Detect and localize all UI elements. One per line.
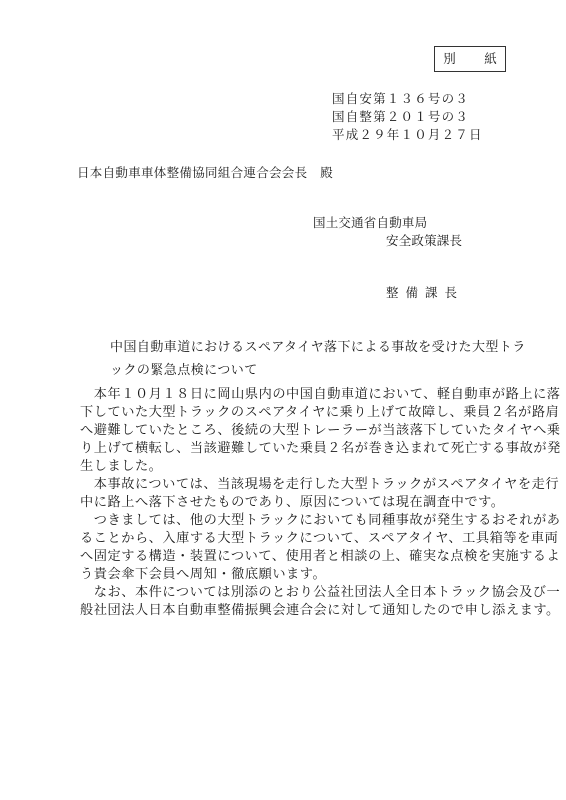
body-line: 般社団法人日本自動車整備振興会連合会に対して通知したので申し添えます。	[80, 602, 560, 619]
body-line: 生しました。	[80, 458, 162, 475]
body-line: へ固定する構造・装置について、使用者と相談の上、確実な点検を実施するよ	[80, 548, 560, 565]
document-page: 別 紙 国自安第１３６号の３ 国自整第２０１号の３ 平成２９年１０月２７日 日本…	[0, 0, 566, 800]
body-line: ることから、入庫する大型トラックについて、スペアタイヤ、工具箱等を車両	[80, 530, 558, 547]
body-line: う貴会傘下会員へ周知・徹底願います。	[80, 566, 326, 583]
subject-line-1: 中国自動車道におけるスペアタイヤ落下による事故を受けた大型トラ	[110, 339, 526, 356]
body-line: つきましては、他の大型トラックにおいても同種事故が発生するおそれがあ	[80, 512, 561, 529]
annex-label-box: 別 紙	[434, 46, 506, 72]
issue-date: 平成２９年１０月２７日	[332, 126, 483, 143]
body-line: なお、本件については別添のとおり公益社団法人全日本トラック協会及び一	[80, 584, 560, 601]
sender-title-maintenance: 整備課長	[386, 284, 464, 301]
addressee: 日本自動車車体整備協同組合連合会会長 殿	[77, 164, 333, 181]
sender-organization: 国土交通省自動車局	[313, 214, 427, 231]
reference-number-1: 国自安第１３６号の３	[332, 90, 469, 107]
body-line: へ避難していたところ、後続の大型トレーラーが当該落下していたタイヤへ乗	[80, 422, 561, 439]
body-line: 本事故については、当該現場を走行した大型トラックがスペアタイヤを走行	[80, 476, 559, 493]
subject-line-2: ックの緊急点検について	[110, 362, 258, 379]
annex-label: 別 紙	[443, 51, 505, 66]
sender-title-safety-policy: 安全政策課長	[386, 232, 462, 249]
body-line: 下していた大型トラックのスペアタイヤに乗り上げて故障し、乗員２名が路肩	[80, 404, 559, 421]
reference-number-2: 国自整第２０１号の３	[332, 108, 469, 125]
body-line: り上げて横転し、当該避難していた乗員２名が巻き込まれて死亡する事故が発	[80, 440, 561, 457]
body-line: 中に路上へ落下させたものであり、原因については現在調査中です。	[80, 494, 505, 511]
body-line: 本年１０月１８日に岡山県内の中国自動車道において、軽自動車が路上に落	[80, 386, 561, 403]
